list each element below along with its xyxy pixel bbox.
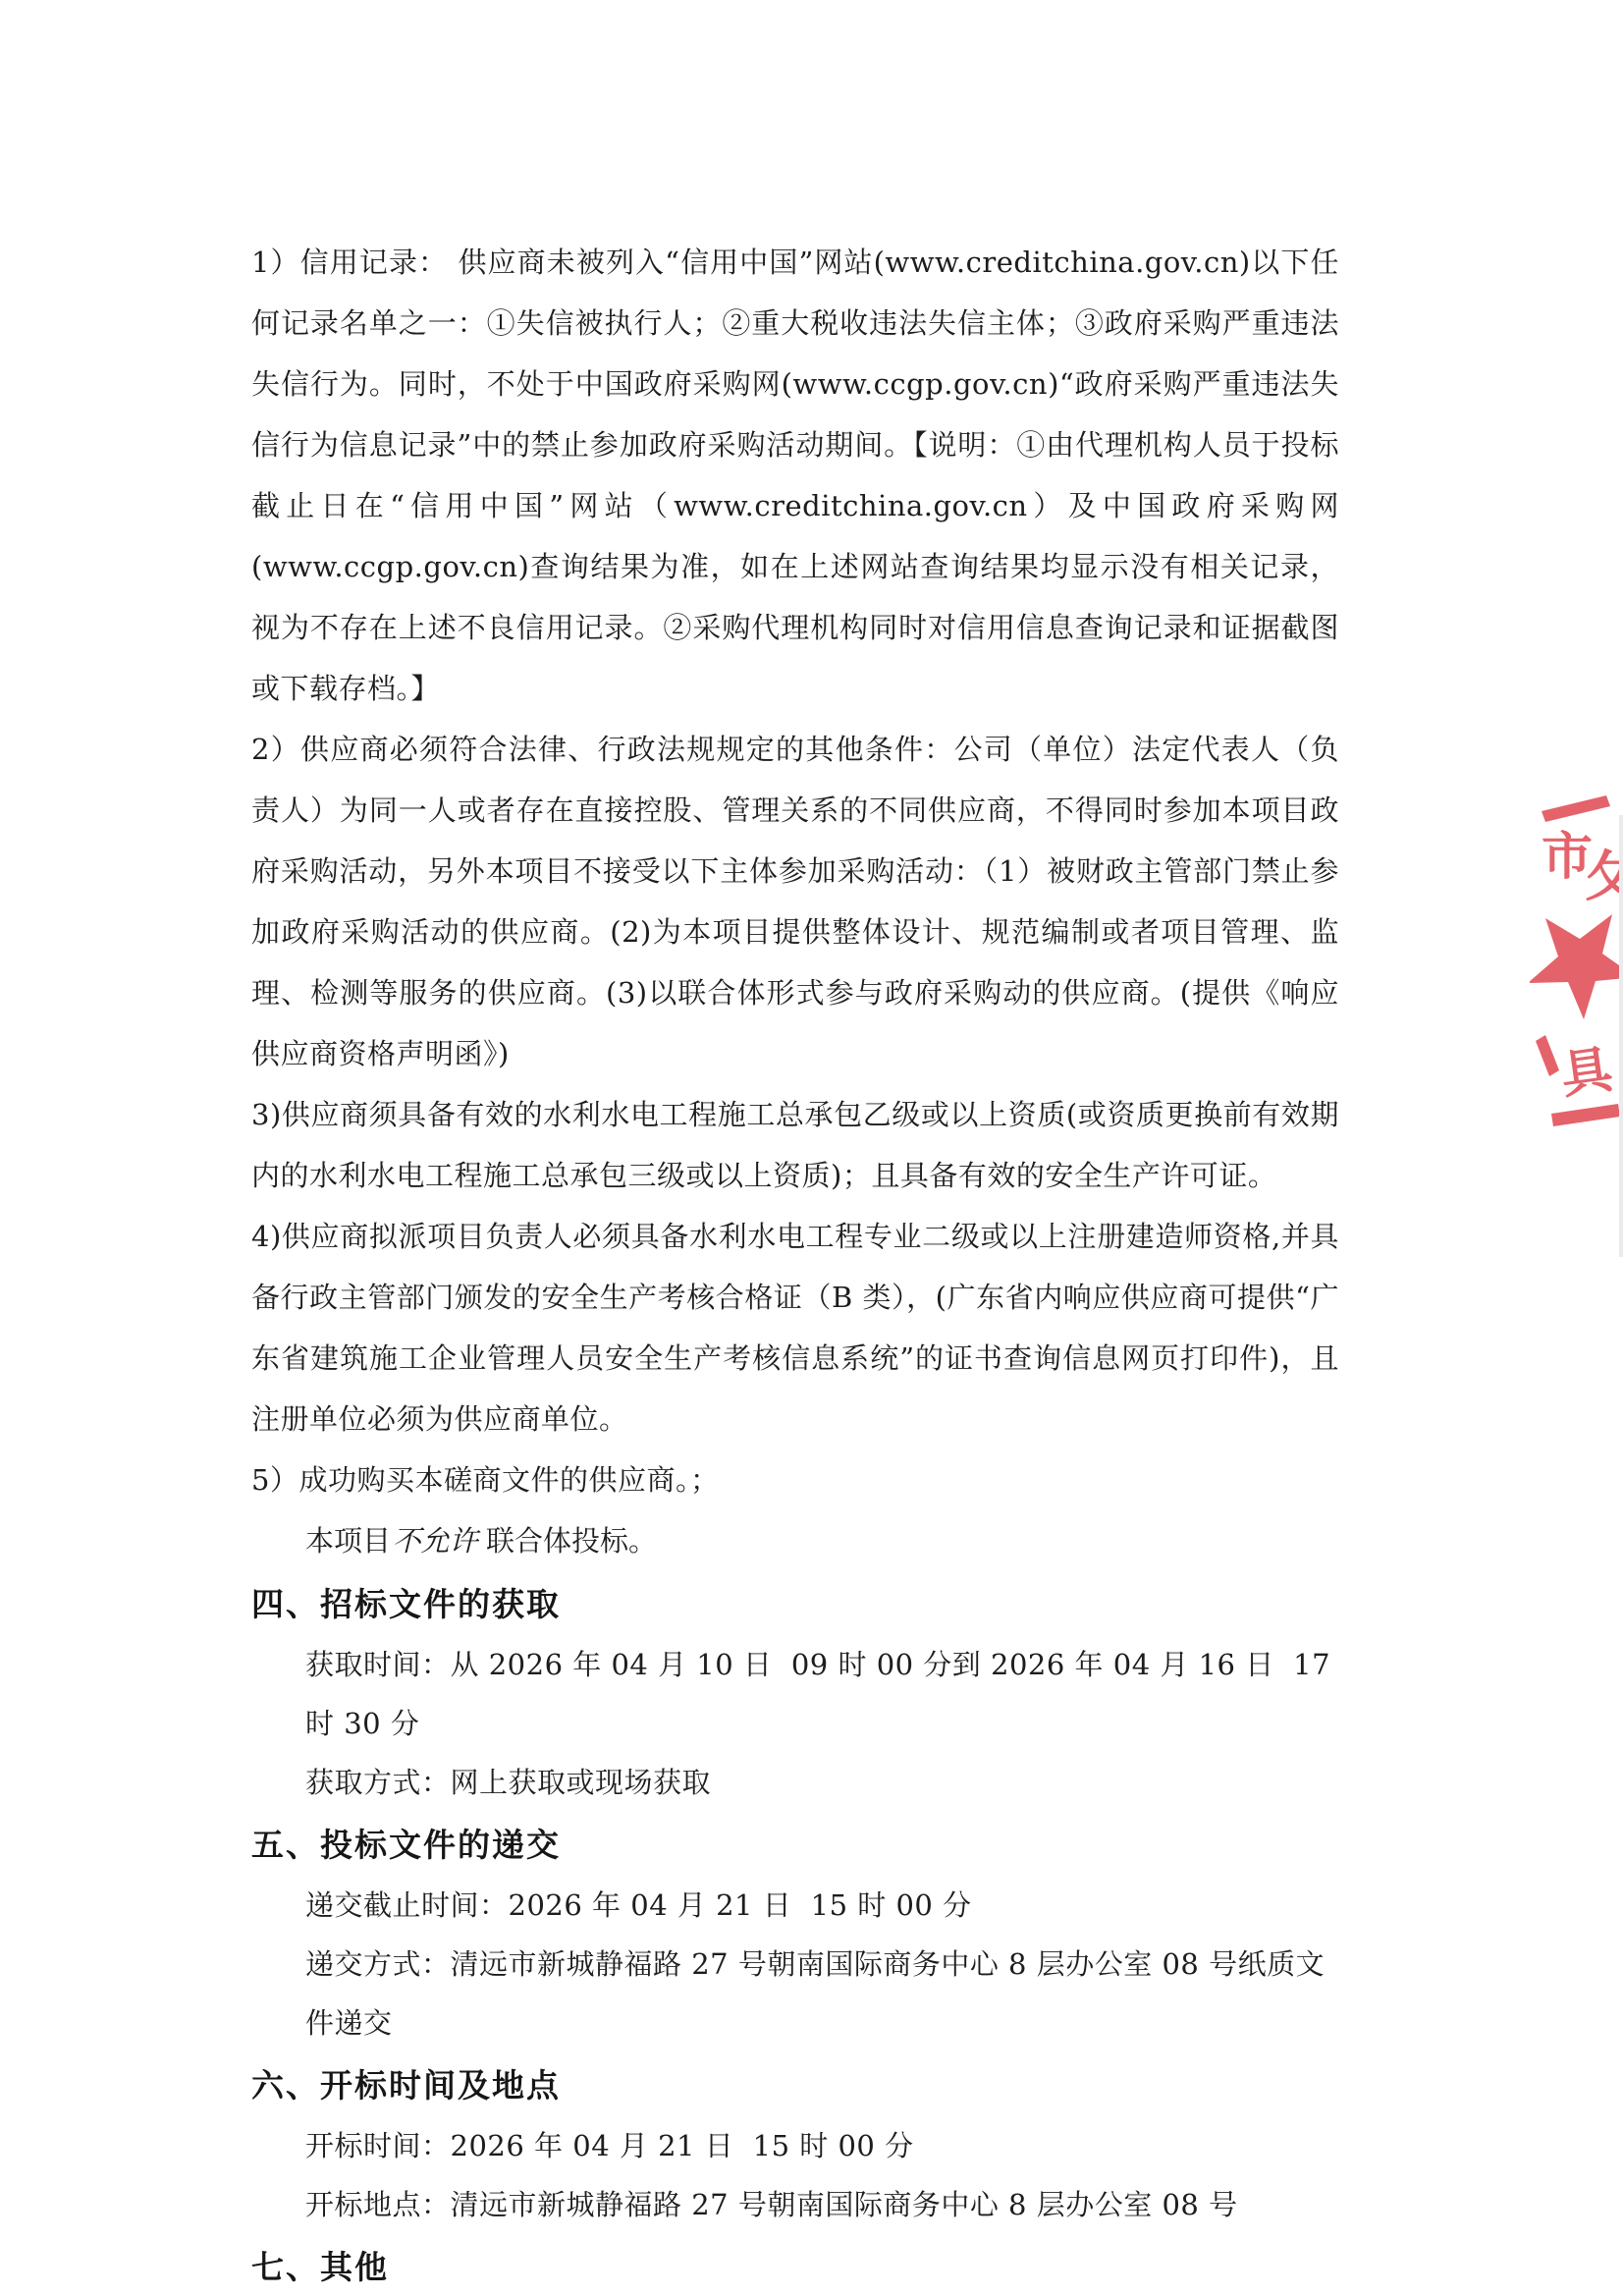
section-heading: 五、投标文件的递交 [251, 1815, 1339, 1876]
section-item: 获取方式：网上获取或现场获取 [251, 1753, 1339, 1812]
qualification-clause: 2）供应商必须符合法律、行政法规规定的其他条件：公司（单位）法定代表人（负责人）… [251, 719, 1339, 1084]
section-heading: 六、开标时间及地点 [251, 2055, 1339, 2116]
note-prefix: 本项目 [305, 1524, 391, 1558]
no-consortium-note: 本项目不允许联合体投标。 [251, 1510, 1339, 1571]
section-heading: 四、招标文件的获取 [251, 1574, 1339, 1635]
section-item: 开标地点：清远市新城静福路 27 号朝南国际商务中心 8 层办公室 08 号 [251, 2175, 1339, 2234]
section-heading: 七、其他 [251, 2237, 1339, 2296]
document-page: 1）信用记录： 供应商未被列入“信用中国”网站(www.creditchina.… [0, 0, 1623, 2296]
seal-bottom-stroke [1551, 1104, 1620, 1126]
qualification-clause: 3)供应商须具备有效的水利水电工程施工总承包乙级或以上资质(或资质更换前有效期内… [251, 1084, 1339, 1206]
seal-char-lower: 具 [1557, 1040, 1618, 1106]
qualification-clauses: 1）信用记录： 供应商未被列入“信用中国”网站(www.creditchina.… [251, 232, 1339, 1510]
qualification-clause: 1）信用记录： 供应商未被列入“信用中国”网站(www.creditchina.… [251, 232, 1339, 719]
section-item: 获取时间：从 2026 年 04 月 10 日 09 时 00 分到 2026 … [251, 1635, 1339, 1753]
no-consortium-emphasis: 不允许 [387, 1510, 487, 1571]
seal-lower-stroke [1536, 1035, 1559, 1076]
scan-edge-artifact [1619, 815, 1623, 1257]
qualification-clause: 4)供应商拟派项目负责人必须具备水利水电工程专业二级或以上注册建造师资格,并具备… [251, 1206, 1339, 1449]
note-suffix: 联合体投标。 [486, 1524, 657, 1558]
section-item: 递交方式：清远市新城静福路 27 号朝南国际商务中心 8 层办公室 08 号纸质… [251, 1935, 1339, 2052]
section-item: 递交截止时间：2026 年 04 月 21 日 15 时 00 分 [251, 1876, 1339, 1935]
seal-top-stroke [1542, 795, 1610, 822]
seal-char-partial: 攵 [1585, 846, 1623, 909]
tender-sections: 四、招标文件的获取获取时间：从 2026 年 04 月 10 日 09 时 00… [251, 1574, 1339, 2296]
seal-star [1530, 914, 1623, 1019]
qualification-clause: 5）成功购买本磋商文件的供应商。； [251, 1449, 1339, 1510]
red-official-seal-partial-icon: 市 攵 具 [1530, 788, 1623, 1146]
document-content: 1）信用记录： 供应商未被列入“信用中国”网站(www.creditchina.… [251, 0, 1339, 2296]
section-item: 开标时间：2026 年 04 月 21 日 15 时 00 分 [251, 2116, 1339, 2175]
